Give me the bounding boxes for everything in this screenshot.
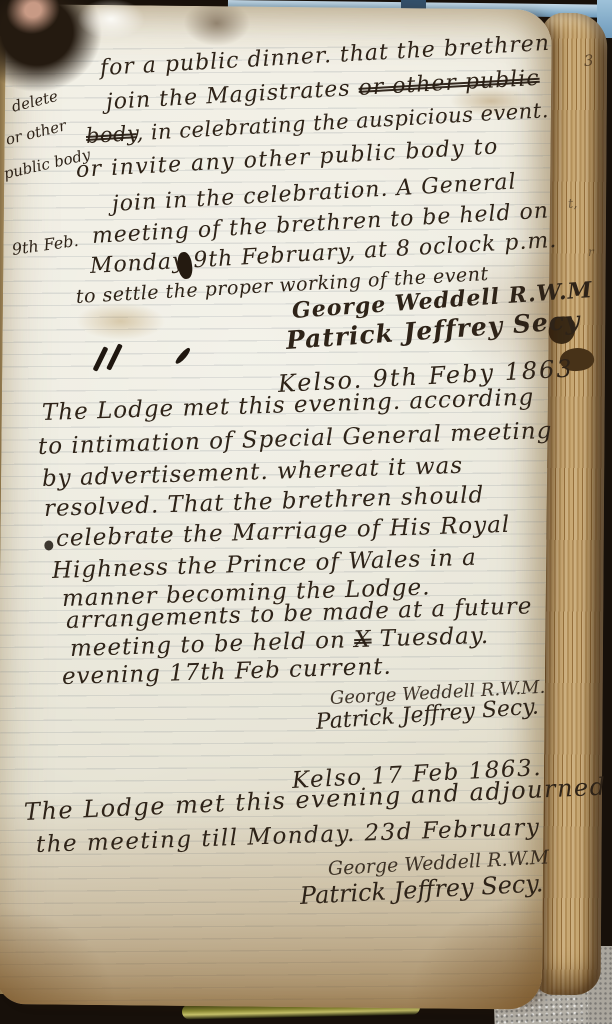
showthrough-mark: r (588, 246, 594, 258)
entry2-line-9-text-after: Tuesday. (371, 623, 489, 653)
struck-text: body (85, 121, 137, 148)
minute-book-photo: delete or other public body 9th Feb. for… (0, 0, 612, 1024)
struck-text: X (354, 627, 372, 654)
page-number-ghost: 3 (583, 53, 594, 69)
showthrough-mark: t, (568, 197, 578, 211)
